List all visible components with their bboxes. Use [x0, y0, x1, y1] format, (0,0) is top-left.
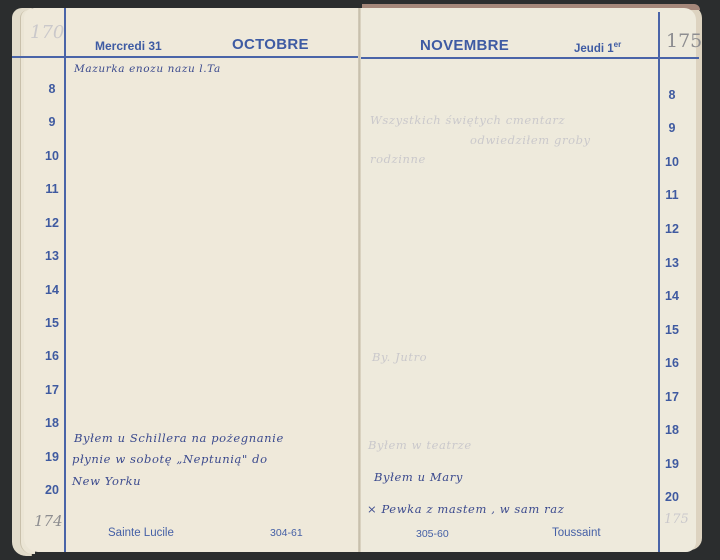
pencil-page-number-left: 174	[34, 512, 63, 530]
hour-label: 20	[40, 483, 64, 497]
hour-label: 18	[40, 416, 64, 430]
hour-label: 8	[40, 82, 64, 96]
bleed-through-text: rodzinne	[370, 152, 426, 166]
hour-label: 10	[660, 155, 684, 169]
hour-label: 16	[40, 349, 64, 363]
day-label-right: Jeudi 1er	[574, 40, 621, 55]
hour-label: 17	[660, 390, 684, 404]
bleed-through-text: odwiedziłem groby	[470, 133, 591, 147]
hour-column-rule-left	[64, 8, 66, 552]
corner-page-number-right: 175	[666, 30, 702, 52]
hour-label: 19	[40, 450, 64, 464]
hour-label: 12	[40, 216, 64, 230]
month-label-right: NOVEMBRE	[420, 37, 509, 54]
hour-label: 9	[40, 115, 64, 129]
hour-label: 13	[40, 249, 64, 263]
bleed-through-text: Wszystkich świętych cmentarz	[370, 113, 565, 127]
hour-label: 13	[660, 256, 684, 270]
handwritten-note-line: Byłem u Mary	[374, 470, 463, 484]
hour-label: 20	[660, 490, 684, 504]
handwritten-note-line: płynie w sobotę „Neptunią" do	[72, 452, 268, 466]
hour-label: 14	[660, 289, 684, 303]
hour-label: 12	[660, 222, 684, 236]
handwritten-note-line: Byłem u Schillera na pożegnanie	[74, 431, 284, 445]
hour-label: 15	[660, 323, 684, 337]
hour-label: 18	[660, 423, 684, 437]
book-gutter-shadow	[358, 8, 361, 552]
hour-label: 17	[40, 383, 64, 397]
day-label-left: Mercredi 31	[95, 39, 162, 53]
handwritten-note-line: × Pewka z mastem , w sam raz	[367, 502, 564, 516]
hour-label: 15	[40, 316, 64, 330]
header-rule-left	[12, 56, 360, 58]
bleed-through-text: Byłem w teatrze	[368, 438, 472, 452]
saint-of-day-left: Sainte Lucile	[108, 527, 174, 539]
hour-label: 11	[660, 188, 684, 202]
day-count-right: 305-60	[416, 528, 449, 540]
handwritten-note-line: New Yorku	[72, 474, 141, 488]
hour-label: 16	[660, 356, 684, 370]
header-rule-right	[361, 57, 699, 59]
month-label-left: OCTOBRE	[232, 36, 309, 53]
pencil-page-number-right: 175	[664, 512, 689, 527]
bleed-through-text: By. Jutro	[372, 350, 427, 364]
hour-label: 8	[660, 88, 684, 102]
left-page	[24, 8, 360, 552]
hour-label: 10	[40, 149, 64, 163]
day-count-left: 304-61	[270, 527, 303, 539]
hour-label: 14	[40, 283, 64, 297]
hour-label: 11	[40, 182, 64, 196]
hour-label: 9	[660, 121, 684, 135]
saint-of-day-right: Toussaint	[552, 527, 601, 539]
corner-page-number-left: 170	[30, 22, 64, 43]
open-diary: 170 Mercredi 31 OCTOBRE 8 9 10 11 12 13 …	[0, 0, 720, 560]
hour-label: 19	[660, 457, 684, 471]
handwritten-note-top: Mazurka enozu nazu l.Ta	[74, 63, 221, 75]
